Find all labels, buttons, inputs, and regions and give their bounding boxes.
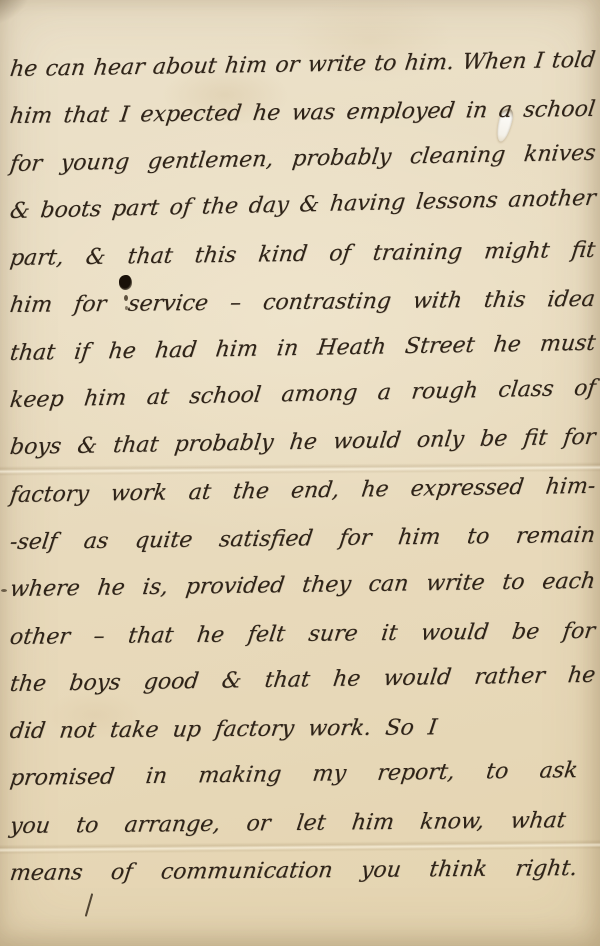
letter-page: he can hear about him or write to him. W… xyxy=(0,0,600,946)
handwritten-line-9: boys & that probably he would only be fi… xyxy=(7,414,598,471)
handwritten-line-14: the boys good & that he would rather he xyxy=(7,652,598,708)
handwritten-line-5: part, & that this kind of training might… xyxy=(7,227,598,282)
handwritten-line-10: factory work at the end, he expressed hi… xyxy=(7,463,598,519)
handwritten-line-1: he can hear about him or write to him. W… xyxy=(7,37,598,93)
handwritten-line-17: you to arrange, or let him know, what xyxy=(7,797,569,850)
letter-body: he can hear about him or write to him. W… xyxy=(10,46,594,897)
handwritten-line-12: where he is, provided they can write to … xyxy=(7,558,598,613)
handwritten-line-15: did not take up factory work. So I xyxy=(7,704,440,755)
handwritten-line-18: means of communication you think right. xyxy=(7,845,580,897)
margin-speck xyxy=(1,589,7,592)
corner-shadow xyxy=(0,0,32,26)
handwritten-line-16: promised in making my report, to ask xyxy=(7,748,581,803)
